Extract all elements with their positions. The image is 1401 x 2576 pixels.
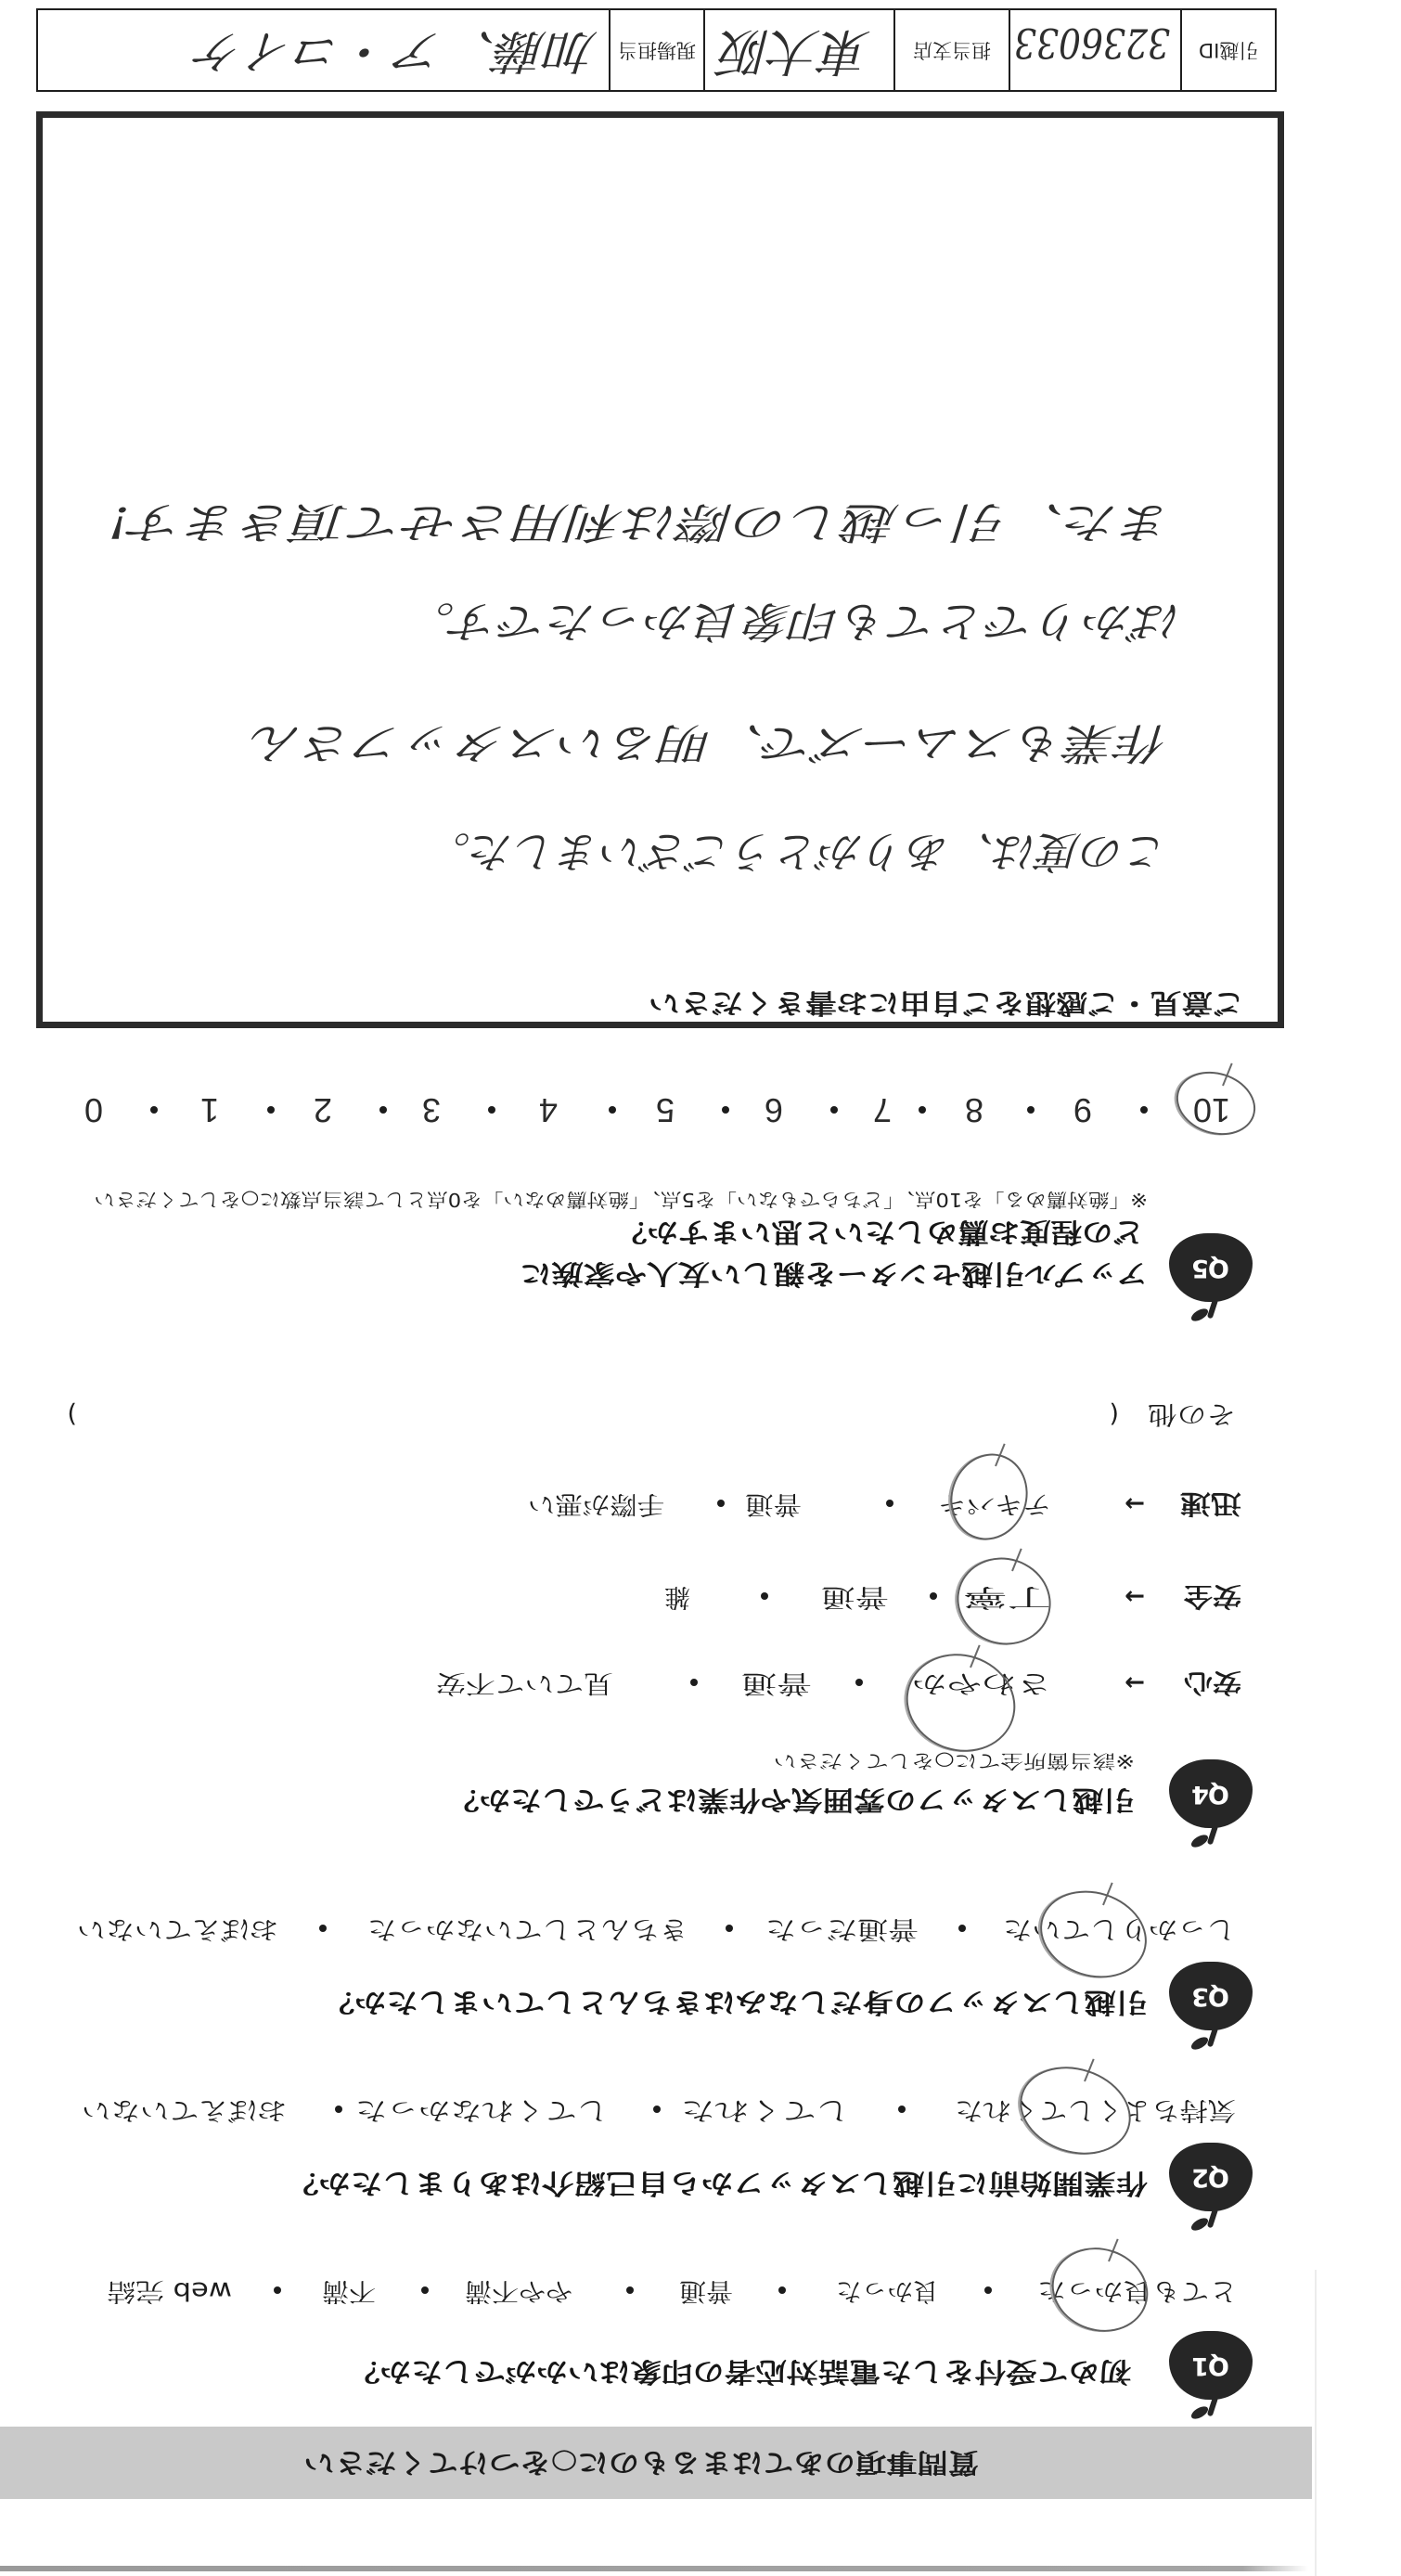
branch-label: 担当支店 [913, 39, 991, 61]
separator-dot [421, 2286, 429, 2294]
separator-dot [690, 1679, 698, 1686]
option-label: やや不満 [465, 2275, 572, 2305]
separator-dot [984, 2286, 992, 2294]
separator-dot [722, 1106, 729, 1114]
instruction-banner-text: 質問事項のあてはまるものに○をつけてください [303, 2447, 979, 2479]
separator-dot [726, 1925, 733, 1932]
question-number: Q4 [1192, 1780, 1229, 1808]
option-label: しっかりしていた [1003, 1913, 1236, 1943]
option-label: さわやか [912, 1668, 1051, 1697]
option-dont-remember: おぼえていない [77, 1913, 278, 1943]
apple-leaf-icon [1189, 1833, 1210, 1850]
scale-0: 0 [75, 1091, 112, 1128]
option-label: 気持ちよくしてくれた [955, 2094, 1236, 2124]
option-label: 雑 [664, 1581, 690, 1611]
move-id-label: 引越ID [1199, 39, 1258, 61]
option-label: 不満 [322, 2275, 376, 2305]
paper-edge-shadow [0, 2566, 1308, 2571]
option-label: 見ていて不安 [436, 1668, 613, 1697]
staff-label: 現場担当 [618, 39, 696, 61]
apple-leaf-icon [1189, 2404, 1210, 2422]
separator-dot [335, 2106, 342, 2113]
separator-dot [379, 1106, 387, 1114]
question-text-line-1: アップル引越センターを親しい友人や家族に [521, 1258, 1148, 1290]
separator-dot [609, 1106, 616, 1114]
scale-value: 4 [530, 1091, 567, 1128]
badge-body: Q5 [1169, 1233, 1253, 1302]
header-info-table: 引越ID 3236033 担当支店 東大阪 現場担当 加藤、ア・コイケ [36, 8, 1277, 92]
option-yes: してくれた [681, 2094, 850, 2124]
handwritten-comment-line: また、引っ越しの際は利用させて頂きます! [108, 496, 1175, 548]
branch-label-cell: 担当支店 [893, 10, 1009, 90]
scale-value: 5 [647, 1091, 684, 1128]
other-label: その他 [1148, 1398, 1236, 1428]
question-number: Q2 [1192, 2163, 1229, 2191]
comments-box: ご意見・ご感想をご自由にお書きください この度は、ありがとうございました。 作業… [36, 111, 1284, 1028]
scale-8: 8 [956, 1091, 993, 1128]
option-rough: 雑 [664, 1581, 690, 1611]
separator-dot [958, 1925, 966, 1932]
option-very-good: とても良かった [1037, 2275, 1238, 2305]
option-label: 普通 [745, 1488, 802, 1518]
question-text: 作業開始前に引越しスタッフから自己紹介はありましたか？ [287, 2168, 1148, 2199]
badge-body: Q3 [1169, 1962, 1253, 2030]
separator-dot [150, 1106, 158, 1114]
apple-leaf-icon [1189, 2216, 1210, 2234]
option-label: 普通 [679, 2275, 733, 2305]
scale-4: 4 [530, 1091, 567, 1128]
separator-dot [855, 1679, 863, 1686]
option-neat: しっかりしていた [1003, 1913, 1236, 1943]
option-careful: 丁寧 [963, 1581, 1051, 1611]
scale-value: 8 [956, 1091, 993, 1128]
comments-label: ご意見・ご感想をご自由にお書きください [649, 987, 1244, 1019]
scale-10: 10 [1179, 1091, 1244, 1128]
option-somewhat-dissatisfied: やや不満 [465, 2275, 572, 2305]
other-close-paren: ) [67, 1398, 77, 1428]
question-text: 引越しスタッフの身だしなみはきちんとしていましたか？ [323, 1987, 1148, 2018]
scale-6: 6 [755, 1091, 792, 1128]
question-number: Q5 [1192, 1254, 1229, 1282]
scale-value: 3 [413, 1091, 450, 1128]
option-label: きちんとしていなかった [367, 1913, 688, 1943]
option-label: 普通 [741, 1668, 812, 1697]
option-dont-remember: おぼえていない [82, 2094, 287, 2124]
option-worrying: 見ていて不安 [436, 1668, 613, 1697]
scale-1: 1 [191, 1091, 228, 1128]
row-label: 安心 [1184, 1668, 1241, 1697]
option-label: してくれなかった [355, 2094, 609, 2124]
option-no: してくれなかった [355, 2094, 609, 2124]
option-normal: 普通 [679, 2275, 733, 2305]
scale-value: 0 [75, 1091, 112, 1128]
question-text-line-2: どの程度お薦めしたいと思いますか？ [616, 1217, 1144, 1248]
separator-dot [274, 2286, 281, 2294]
question-text: 引越しスタッフの雰囲気や作業はどうでしたか？ [448, 1784, 1135, 1816]
handwritten-comment-line: この度は、ありがとうございました。 [427, 826, 1169, 878]
separator-dot [761, 1592, 768, 1600]
option-normal: 普通 [745, 1488, 802, 1518]
instruction-banner: 質問事項のあてはまるものに○をつけてください [0, 2427, 1312, 2499]
separator-dot [267, 1106, 275, 1114]
branch-value: 東大阪 [720, 23, 871, 79]
separator-dot [1027, 1106, 1035, 1114]
apple-question-badge-icon: Q4 [1169, 1758, 1253, 1847]
scale-value: 7 [864, 1091, 901, 1128]
separator-dot [778, 2286, 786, 2294]
scanned-survey-form: 質問事項のあてはまるものに○をつけてください Q1 初めて受付をした電話対応者の… [0, 0, 1401, 2576]
option-web-complete: web 完結 [108, 2275, 232, 2305]
move-id-value: 3236033 [1014, 19, 1170, 65]
option-dissatisfied: 不満 [322, 2275, 376, 2305]
option-label: web 完結 [107, 2275, 232, 2305]
scale-5: 5 [647, 1091, 684, 1128]
scale-value: 1 [191, 1091, 228, 1128]
apple-leaf-icon [1189, 1307, 1210, 1324]
separator-dot [653, 2106, 661, 2113]
scale-7: 7 [864, 1091, 901, 1128]
separator-dot [319, 1925, 327, 1932]
option-label: 普通 [821, 1581, 889, 1611]
option-normal: 普通 [821, 1581, 889, 1611]
scale-2: 2 [304, 1091, 341, 1128]
row-label: 安全 [1184, 1581, 1241, 1611]
question-note: ※「絶対薦める」を10点、「どちらでもない」を5点、「絶対薦めない」を0点として… [94, 1189, 1148, 1211]
apple-leaf-icon [1189, 2035, 1210, 2053]
handwritten-comment-line: ばかりでとても印象良かったです。 [406, 596, 1182, 648]
question-number: Q3 [1192, 1982, 1229, 2010]
question-number: Q1 [1192, 2351, 1229, 2379]
question-text: 初めて受付をした電話対応者の印象はいかがでしたか？ [349, 2356, 1131, 2388]
right-arrow-icon: → [1125, 1581, 1145, 1611]
option-label: 手際が悪い [528, 1488, 664, 1518]
paper-side-edge [1315, 2270, 1317, 2576]
question-note: ※該当箇所全てに○をしてください [774, 1750, 1135, 1772]
separator-dot [898, 2106, 906, 2113]
separator-dot [886, 1500, 893, 1507]
handwritten-comment-line: 作業もスムーズで、明るいスタッフさん [251, 717, 1169, 769]
option-label: 良かった [836, 2275, 939, 2305]
staff-value-cell: 加藤、ア・コイケ [38, 10, 609, 90]
option-label: テキパキ [938, 1488, 1051, 1518]
scale-value: 6 [755, 1091, 792, 1128]
option-label: おぼえていない [82, 2094, 287, 2124]
row-label: 迅速 [1180, 1488, 1241, 1518]
right-arrow-icon: → [1125, 1668, 1145, 1697]
apple-question-badge-icon: Q3 [1169, 1960, 1253, 2049]
option-normal: 普通 [741, 1668, 812, 1697]
apple-question-badge-icon: Q1 [1169, 2329, 1253, 2418]
option-label: 普通だった [765, 1913, 919, 1943]
apple-question-badge-icon: Q2 [1169, 2141, 1253, 2230]
separator-dot [1140, 1106, 1148, 1114]
separator-dot [488, 1106, 495, 1114]
option-not-neat: きちんとしていなかった [367, 1913, 688, 1943]
other-open-paren: ( [1109, 1398, 1119, 1428]
separator-dot [930, 1592, 937, 1600]
scale-value: 2 [304, 1091, 341, 1128]
option-refreshing: さわやか [912, 1668, 1051, 1697]
option-clumsy: 手際が悪い [528, 1488, 664, 1518]
badge-body: Q4 [1169, 1759, 1253, 1828]
staff-label-cell: 現場担当 [609, 10, 703, 90]
staff-value: 加藤、ア・コイケ [194, 23, 598, 79]
option-pleasantly: 気持ちよくしてくれた [955, 2094, 1236, 2124]
option-label: 丁寧 [963, 1581, 1051, 1611]
option-label: してくれた [681, 2094, 850, 2124]
right-arrow-icon: → [1125, 1488, 1145, 1518]
option-normal: 普通だった [765, 1913, 919, 1943]
scale-9: 9 [1064, 1091, 1101, 1128]
option-label: おぼえていない [77, 1913, 278, 1943]
option-good: 良かった [836, 2275, 939, 2305]
badge-body: Q2 [1169, 2143, 1253, 2211]
move-id-label-cell: 引越ID [1180, 10, 1275, 90]
separator-dot [830, 1106, 838, 1114]
scale-value: 9 [1064, 1091, 1101, 1128]
badge-body: Q1 [1169, 2331, 1253, 2400]
option-efficient: テキパキ [938, 1488, 1051, 1518]
branch-value-cell: 東大阪 [703, 10, 893, 90]
separator-dot [717, 1500, 725, 1507]
scale-value: 10 [1179, 1091, 1244, 1128]
scale-3: 3 [413, 1091, 450, 1128]
separator-dot [626, 2286, 634, 2294]
separator-dot [919, 1106, 926, 1114]
move-id-value-cell: 3236033 [1009, 10, 1180, 90]
option-label: とても良かった [1037, 2275, 1238, 2305]
apple-question-badge-icon: Q5 [1169, 1231, 1253, 1320]
